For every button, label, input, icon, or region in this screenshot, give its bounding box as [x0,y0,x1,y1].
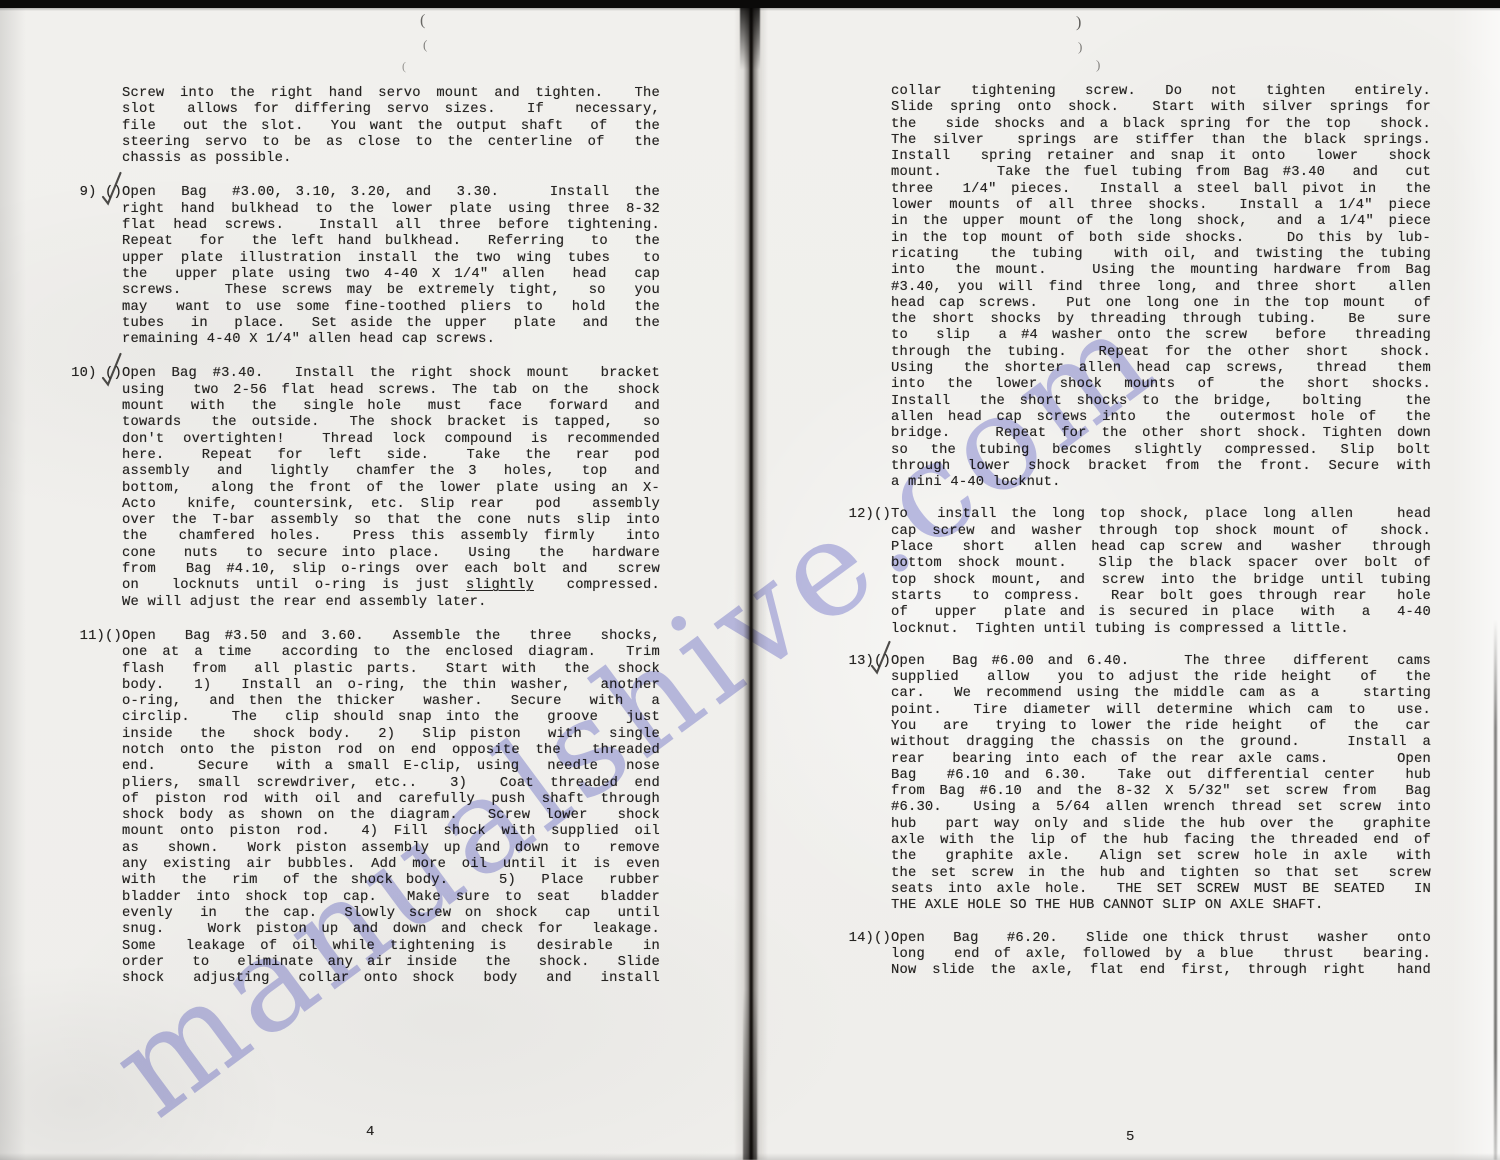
text-line: Acto knife, countersink, etc. Slip rear … [122,497,660,513]
text-line: To install the long top shock, place lon… [891,507,1431,523]
text-line: car. We recommend using the middle cam a… [891,686,1431,702]
page-number-right: 5 [1126,1129,1134,1145]
handwritten-check-icon [100,170,123,208]
text-line: bottom, along the front of the lower pla… [122,481,660,497]
text-line: inside the shock body. 2) Slip piston wi… [122,727,660,743]
text-line: with the rim of the shock body. 5) Place… [122,873,660,889]
instruction-step: 11)()Open Bag #3.50 and 3.60. Assemble t… [64,629,660,988]
text-line: on locknuts until o-ring is just slightl… [122,578,660,594]
instruction-step: 9) ()Open Bag #3.00, 3.10, 3.20, and 3.3… [64,185,660,348]
text-line: shock body as shown on the diagram. Scre… [122,808,660,824]
text-line: rear bearing into each of the rear axle … [891,752,1431,768]
text-line: remaining 4-40 X 1/4" allen head cap scr… [122,332,660,348]
text-line: supplied allow you to adjust the ride he… [891,670,1431,686]
text-line: We will adjust the rear end assembly lat… [122,595,660,611]
text-line: upper plate illustration install the two… [122,251,660,267]
text-line: Open Bag #3.00, 3.10, 3.20, and 3.30. In… [122,185,660,201]
text-line: bladder into shock top cap. Make sure to… [122,890,660,906]
step-marker: 12)() [845,507,891,637]
text-line: long end of axle, followed by a blue thr… [891,947,1431,963]
step-marker [845,84,891,491]
text-line: flat head screws. Install all three befo… [122,218,660,234]
text-line: flash from all plastic parts. Start with… [122,662,660,678]
text-line: mount with the single hole must face for… [122,399,660,415]
text-line: cone nuts to secure into place. Using th… [122,546,660,562]
text-line: in the upper mount of the long shock, an… [891,214,1431,230]
text-line: here. Repeat for left side. Take the rea… [122,448,660,464]
text-line: hub part way only and slide the hub over… [891,817,1431,833]
pen-mark: ( [423,37,427,53]
text-line: #6.30. Using a 5/64 allen wrench thread … [891,800,1431,816]
step-text: Open Bag #6.00 and 6.40. The three diffe… [891,654,1431,915]
text-line: Install spring retainer and snap it onto… [891,149,1431,165]
text-line: into the mount. Using the mounting hardw… [891,263,1431,279]
text-line: shock adjusting collar onto shock body a… [122,971,660,987]
text-line: order to eliminate any air inside the sh… [122,955,660,971]
text-line: Open Bag #3.40. Install the right shock … [122,366,660,382]
pen-mark: ) [1096,57,1100,73]
text-line: through lower shock bracket from the fro… [891,459,1431,475]
page-fold-crease [734,0,768,1160]
text-line: end. Secure with a small E-clip, using n… [122,759,660,775]
instruction-step: 13)()Open Bag #6.00 and 6.40. The three … [845,654,1431,915]
step-marker: 10) () [64,366,122,610]
step-text: Open Bag #3.40. Install the right shock … [122,366,660,610]
instruction-step: 14)()Open Bag #6.20. Slide one thick thr… [845,931,1431,980]
scan-edge-left [0,0,26,1160]
text-line: any existing air bubbles. Add more oil u… [122,857,660,873]
text-line: chassis as possible. [122,151,660,167]
instruction-paragraph: collar tightening screw. Do not tighten … [845,84,1431,491]
step-marker [64,86,122,167]
text-line: the short shocks by threading through tu… [891,312,1431,328]
text-line: circlip. The clip should snap into the g… [122,710,660,726]
text-line: point. Tire diameter will determine whic… [891,703,1431,719]
step-text: Open Bag #6.20. Slide one thick thrust w… [891,931,1431,980]
text-line: assembly and lightly chamfer the 3 holes… [122,464,660,480]
text-line: #3.40, you will find three long, and thr… [891,280,1431,296]
text-line: bridge. Repeat for the other short shock… [891,426,1431,442]
step-text: Open Bag #3.00, 3.10, 3.20, and 3.30. In… [122,185,660,348]
text-line: a mini 4-40 locknut. [891,475,1431,491]
text-line: Screw into the right hand servo mount an… [122,86,660,102]
text-line: Open Bag #6.20. Slide one thick thrust w… [891,931,1431,947]
pen-mark: ( [420,12,425,30]
text-line: screws. These screws may be extremely ti… [122,283,660,299]
text-line: steering servo to be as close to the cen… [122,135,660,151]
text-line: through the tubing. Repeat for the other… [891,345,1431,361]
text-line: allen head cap screws into the outermost… [891,410,1431,426]
text-line: Slide spring onto shock. Start with silv… [891,100,1431,116]
text-line: You are trying to lower the ride height … [891,719,1431,735]
text-line: from Bag #4.10, slip o-rings over each b… [122,562,660,578]
text-line: ricating the tubing with oil, and twisti… [891,247,1431,263]
step-marker: 9) () [64,185,122,348]
step-text: collar tightening screw. Do not tighten … [891,84,1431,491]
scanned-manual-spread: Screw into the right hand servo mount an… [0,0,1500,1160]
text-line: right hand bulkhead to the lower plate u… [122,202,660,218]
text-line: axle with the lip of the hub facing the … [891,833,1431,849]
text-line: of upper plate and is secured in place w… [891,605,1431,621]
scan-edge-top [0,0,1500,8]
pen-mark: ) [1076,14,1081,32]
text-line: may want to use some fine-toothed pliers… [122,300,660,316]
text-line: Open Bag #6.00 and 6.40. The three diffe… [891,654,1431,670]
text-line: the chamfered holes. Press this assembly… [122,529,660,545]
text-line: towards the outside. The shock bracket i… [122,415,660,431]
text-line: pliers, small screwdriver, etc.. 3) Coat… [122,776,660,792]
text-line: slot allows for differing servo sizes. I… [122,102,660,118]
instruction-paragraph: Screw into the right hand servo mount an… [64,86,660,167]
step-text: Open Bag #3.50 and 3.60. Assemble the th… [122,629,660,988]
scan-edge-right [1452,0,1500,1160]
text-line: the set screw in the hub and tighten so … [891,866,1431,882]
text-line: mount onto piston rod. 4) Fill shock wit… [122,824,660,840]
pen-mark: ) [1078,39,1082,55]
text-line: don't overtighten! Thread lock compound … [122,432,660,448]
text-line: without dragging the chassis on the grou… [891,735,1431,751]
step-marker: 11)() [64,629,122,988]
text-line: Open Bag #3.50 and 3.60. Assemble the th… [122,629,660,645]
text-line: Place short allen head cap screw and was… [891,540,1431,556]
text-line: The silver springs are stiffer than the … [891,133,1431,149]
text-line: the graphite axle. Align set screw hole … [891,849,1431,865]
text-line: Using the shorter allen head cap screws,… [891,361,1431,377]
text-line: over the T-bar assembly so that the cone… [122,513,660,529]
text-line: Some leakage of oil while tightening is … [122,939,660,955]
text-line: Now slide the axle, flat end first, thro… [891,963,1431,979]
text-line: top shock mount, and screw into the brid… [891,573,1431,589]
text-line: as shown. Work piston assembly up and do… [122,841,660,857]
text-line: lower mounts of all three shocks. Instal… [891,198,1431,214]
step-marker: 14)() [845,931,891,980]
text-line: head cap screws. Put one long one in the… [891,296,1431,312]
instruction-step: 12)()To install the long top shock, plac… [845,507,1431,637]
text-line: tubes in place. Set aside the upper plat… [122,316,660,332]
page-left-text: Screw into the right hand servo mount an… [64,86,660,1005]
text-line: bottom shock mount. Slip the black space… [891,556,1431,572]
page-number-left: 4 [366,1124,374,1140]
text-line: seats into axle hole. THE SET SCREW MUST… [891,882,1431,898]
text-line: file out the slot. You want the output s… [122,119,660,135]
text-line: so the tubing becomes slightly compresse… [891,443,1431,459]
step-marker: 13)() [845,654,891,915]
handwritten-check-icon [100,351,123,389]
text-line: mount. Take the fuel tubing from Bag #3.… [891,165,1431,181]
text-line: starts to compress. Rear bolt goes throu… [891,589,1431,605]
text-line: the upper plate using two 4-40 X 1/4" al… [122,267,660,283]
text-line: the side shocks and a black spring for t… [891,117,1431,133]
text-line: THE AXLE HOLE SO THE HUB CANNOT SLIP ON … [891,898,1431,914]
text-line: Install the short shocks to the bridge, … [891,394,1431,410]
instruction-step: 10) ()Open Bag #3.40. Install the right … [64,366,660,610]
text-line: collar tightening screw. Do not tighten … [891,84,1431,100]
text-line: to slip a #4 washer onto the screw befor… [891,328,1431,344]
scan-edge-right-line [1494,620,1497,1160]
text-line: using two 2-56 flat head screws. The tab… [122,383,660,399]
text-line: locknut. Tighten until tubing is compres… [891,622,1431,638]
text-line: one at a time according to the enclosed … [122,645,660,661]
pen-mark: ( [402,59,406,74]
text-line: in the top mount of both side shocks. Do… [891,231,1431,247]
step-text: To install the long top shock, place lon… [891,507,1431,637]
text-line: notch onto the piston rod on end opposit… [122,743,660,759]
text-line: o-ring, and then the thicker washer. Sec… [122,694,660,710]
text-line: three 1/4" pieces. Install a steel ball … [891,182,1431,198]
page-right-text: collar tightening screw. Do not tighten … [845,84,1431,995]
text-line: snug. Work piston up and down and check … [122,922,660,938]
text-line: evenly in the cap. Slowly screw on shock… [122,906,660,922]
text-line: body. 1) Install an o-ring, the thin was… [122,678,660,694]
text-line: of piston rod with oil and carefully pus… [122,792,660,808]
text-line: Bag #6.10 and 6.30. Take out differentia… [891,768,1431,784]
text-line: from Bag #6.10 and the 8-32 X 5/32" set … [891,784,1431,800]
text-line: Repeat for the left hand bulkhead. Refer… [122,234,660,250]
text-line: into the lower shock mounts of the short… [891,377,1431,393]
step-text: Screw into the right hand servo mount an… [122,86,660,167]
text-line: cap screw and washer through top shock m… [891,524,1431,540]
handwritten-check-icon [869,639,892,677]
